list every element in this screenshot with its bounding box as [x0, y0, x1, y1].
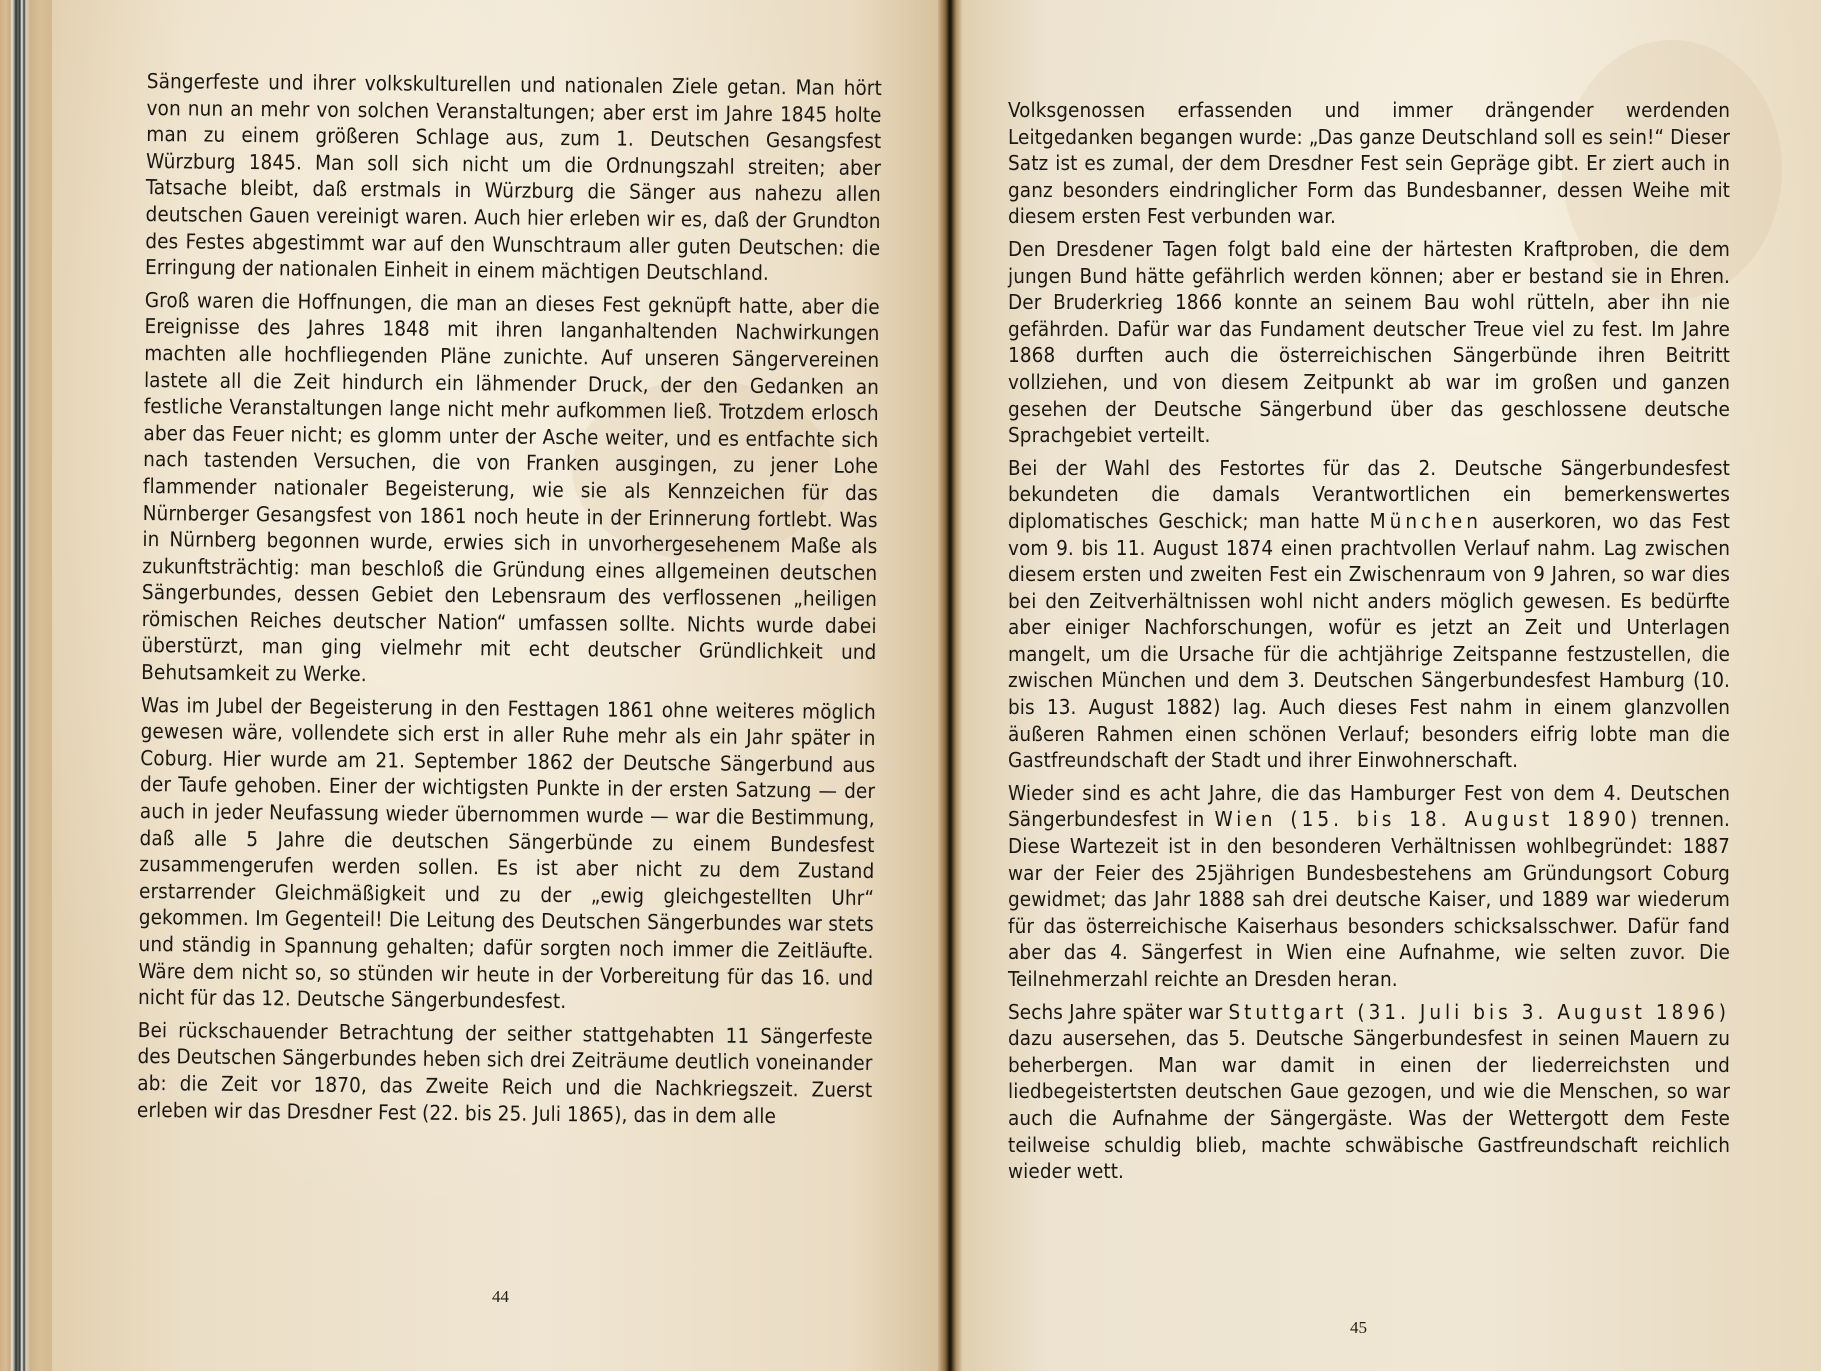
paragraph: Volksgenossen erfassenden und immer drän… [1008, 97, 1730, 230]
right-page-body: Volksgenossen erfassenden und immer drän… [1008, 97, 1730, 1191]
left-page-body: Sängerfeste und ihrer volkskulturellen u… [137, 68, 882, 1136]
paragraph: Bei der Wahl des Festortes für das 2. De… [1008, 455, 1730, 774]
paragraph: Sechs Jahre später war Stuttgart (31. Ju… [1008, 999, 1730, 1185]
book-page-edges [0, 0, 52, 1371]
paragraph: Bei rückschauender Betrachtung der seith… [137, 1017, 873, 1130]
text-run: trennen. Diese Wartezeit ist in den beso… [1008, 807, 1730, 991]
left-page: Sängerfeste und ihrer volkskulturellen u… [52, 0, 938, 1371]
emphasized-place-name: München [1370, 509, 1482, 533]
paragraph: Was im Jubel der Begeisterung in den Fes… [138, 692, 876, 1018]
text-run: auserkoren, wo das Fest vom 9. bis 11. A… [1008, 509, 1730, 772]
emphasized-place-date: Stuttgart (31. Juli bis 3. August 1896) [1228, 1000, 1730, 1024]
book-spine [938, 0, 962, 1371]
page-number: 45 [1350, 1318, 1367, 1338]
text-run: Sechs Jahre später war [1008, 1000, 1228, 1024]
paragraph: Den Dresdener Tagen folgt bald eine der … [1008, 236, 1730, 449]
text-run: dazu ausersehen, das 5. Deutsche Sängerb… [1008, 1026, 1730, 1183]
paragraph: Wieder sind es acht Jahre, die das Hambu… [1008, 780, 1730, 993]
paragraph: Groß waren die Hoffnungen, die man an di… [141, 287, 880, 693]
right-page: Volksgenossen erfassenden und immer drän… [962, 0, 1821, 1371]
page-number: 44 [492, 1287, 509, 1307]
paragraph: Sängerfeste und ihrer volkskulturellen u… [145, 68, 882, 288]
book-spread: Sängerfeste und ihrer volkskulturellen u… [0, 0, 1821, 1371]
emphasized-place-date: Wien (15. bis 18. August 1890) [1215, 807, 1642, 831]
